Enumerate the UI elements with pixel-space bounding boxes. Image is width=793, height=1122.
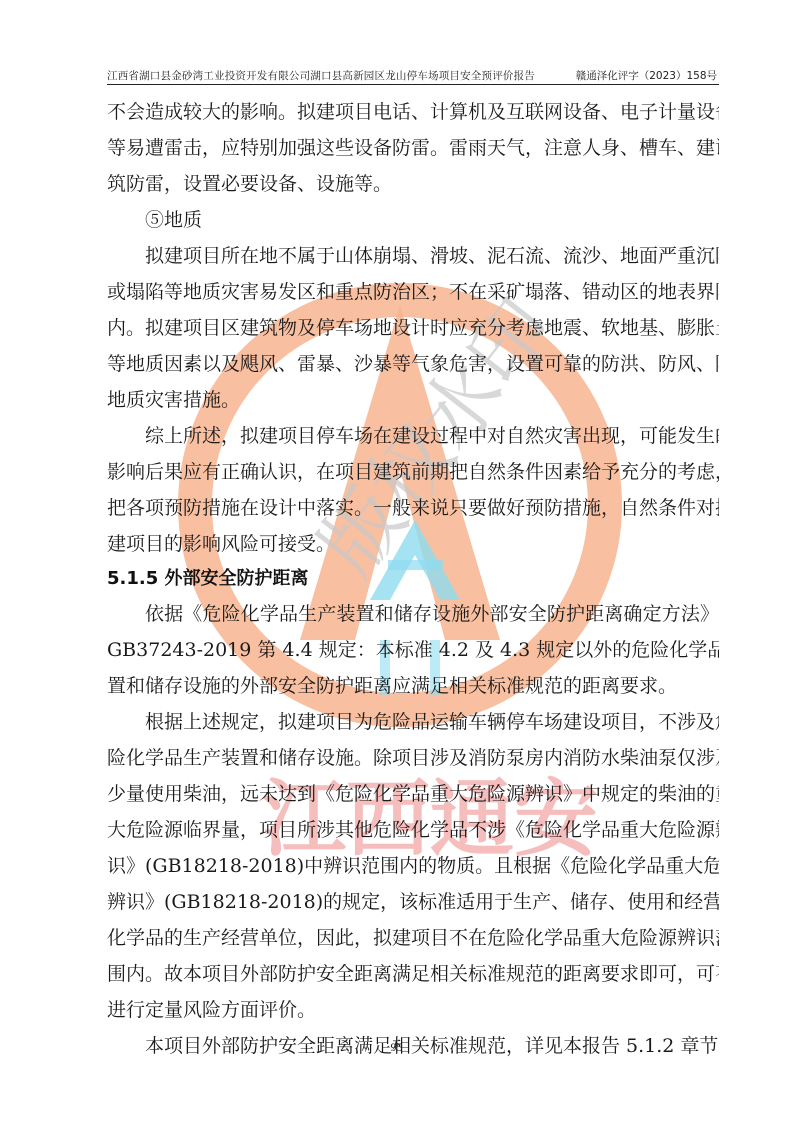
body-line: 不会造成较大的影响。拟建项目电话、计算机及互联网设备、电子计量设备 xyxy=(107,94,719,130)
subsection-geology: ⑤地质 xyxy=(107,202,719,238)
body-line: 或塌陷等地质灾害易发区和重点防治区；不在采矿塌落、错动区的地表界限 xyxy=(107,274,719,310)
page-header: 江西省湖口县金砂湾工业投资开发有限公司湖口县高新园区龙山停车场项目安全预评价报告… xyxy=(107,66,719,85)
body-line: 建项目的影响风险可接受。 xyxy=(107,526,719,562)
section-heading: 5.1.5 外部安全防护距离 xyxy=(107,562,719,596)
body-line: 把各项预防措施在设计中落实。一般来说只要做好预防措施，自然条件对拟 xyxy=(107,490,719,526)
body-line: 等易遭雷击，应特别加强这些设备防雷。雷雨天气，注意人身、槽车、建设 xyxy=(107,130,719,166)
body-line: 少量使用柴油，远未达到《危险化学品重大危险源辨识》中规定的柴油的重 xyxy=(107,776,719,812)
document-body: 不会造成较大的影响。拟建项目电话、计算机及互联网设备、电子计量设备 等易遭雷击，… xyxy=(107,94,719,1064)
body-line: 筑防雷，设置必要设备、设施等。 xyxy=(107,166,719,202)
body-line: 辨识》(GB18218-2018)的规定，该标准适用于生产、储存、使用和经营危险 xyxy=(107,884,719,920)
body-line: 拟建项目所在地不属于山体崩塌、滑坡、泥石流、流沙、地面严重沉降 xyxy=(107,238,719,274)
body-line: 置和储存设施的外部安全防护距离应满足相关标准规范的距离要求。 xyxy=(107,668,719,704)
header-report-title: 江西省湖口县金砂湾工业投资开发有限公司湖口县高新园区龙山停车场项目安全预评价报告 xyxy=(107,68,535,83)
body-line: 根据上述规定，拟建项目为危险品运输车辆停车场建设项目，不涉及危 xyxy=(107,704,719,740)
body-line: 内。拟建项目区建筑物及停车场地设计时应充分考虑地震、软地基、膨胀土 xyxy=(107,310,719,346)
body-line: 大危险源临界量，项目所涉其他危险化学品不涉《危险化学品重大危险源辨 xyxy=(107,812,719,848)
body-line: 围内。故本项目外部防护安全距离满足相关标准规范的距离要求即可，可不 xyxy=(107,956,719,992)
body-line: 本项目外部防护安全距离满足相关标准规范，详见本报告 5.1.2 章节。 xyxy=(107,1028,719,1064)
body-line: 险化学品生产装置和储存设施。除项目涉及消防泵房内消防水柴油泵仅涉及 xyxy=(107,740,719,776)
body-line: 化学品的生产经营单位，因此，拟建项目不在危险化学品重大危险源辨识范 xyxy=(107,920,719,956)
body-line: 影响后果应有正确认识，在项目建筑前期把自然条件因素给予充分的考虑， xyxy=(107,454,719,490)
header-report-number: 赣通泽化评字（2023）158号 xyxy=(576,68,717,83)
body-line: 综上所述，拟建项目停车场在建设过程中对自然灾害出现，可能发生的 xyxy=(107,418,719,454)
body-line: GB37243-2019 第 4.4 规定：本标准 4.2 及 4.3 规定以外… xyxy=(107,632,719,668)
body-line: 依据《危险化学品生产装置和储存设施外部安全防护距离确定方法》 xyxy=(107,596,719,632)
body-line: 地质灾害措施。 xyxy=(107,382,719,418)
body-line: 进行定量风险方面评价。 xyxy=(107,992,719,1028)
body-line: 等地质因素以及飓风、雷暴、沙暴等气象危害，设置可靠的防洪、防风、防 xyxy=(107,346,719,382)
body-line: 识》(GB18218-2018)中辨识范围内的物质。且根据《危险化学品重大危险源 xyxy=(107,848,719,884)
